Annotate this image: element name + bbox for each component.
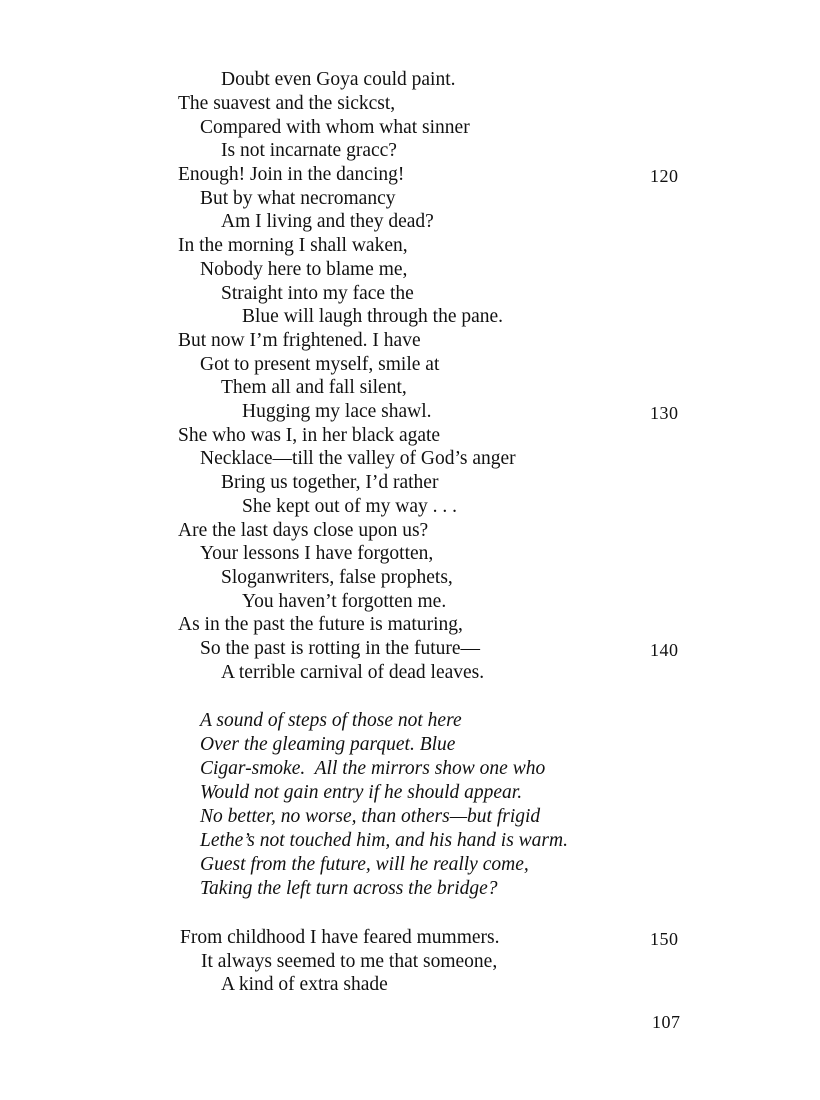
book-page: Doubt even Goya could paint. The suavest… — [0, 0, 820, 1100]
poem-line: A terrible carnival of dead leaves. — [221, 661, 484, 685]
line-number: 140 — [650, 638, 679, 662]
poem-line: Them all and fall silent, — [221, 376, 407, 400]
poem-line: Guest from the future, will he really co… — [200, 853, 529, 877]
poem-line: Got to present myself, smile at — [200, 353, 439, 377]
poem-line: Bring us together, I’d rather — [221, 471, 438, 495]
poem-line: As in the past the future is maturing, — [178, 613, 463, 637]
poem-line: But now I’m frightened. I have — [178, 329, 421, 353]
poem-line: Blue will laugh through the pane. — [242, 305, 503, 329]
poem-line: Nobody here to blame me, — [200, 258, 407, 282]
poem-line: It always seemed to me that someone, — [201, 950, 497, 974]
poem-line: Is not incarnate gracc? — [221, 139, 397, 163]
poem-line: She kept out of my way . . . — [242, 495, 457, 519]
poem-line: The suavest and the sickcst, — [178, 92, 395, 116]
line-number: 120 — [650, 164, 679, 188]
poem-line: Taking the left turn across the bridge? — [200, 877, 498, 901]
poem-line: But by what necromancy — [200, 187, 396, 211]
poem-line: No better, no worse, than others—but fri… — [200, 805, 540, 829]
page-number: 107 — [652, 1010, 681, 1034]
poem-line: Are the last days close upon us? — [178, 519, 428, 543]
poem-line: Lethe’s not touched him, and his hand is… — [200, 829, 568, 853]
poem-line: Would not gain entry if he should appear… — [200, 781, 522, 805]
poem-line: Necklace—till the valley of God’s anger — [200, 447, 516, 471]
poem-line: Your lessons I have forgotten, — [200, 542, 433, 566]
poem-line: Straight into my face the — [221, 282, 414, 306]
poem-line: Am I living and they dead? — [221, 210, 434, 234]
line-number: 150 — [650, 927, 679, 951]
poem-line: From childhood I have feared mummers. — [180, 926, 500, 950]
line-number: 130 — [650, 401, 679, 425]
poem-line: Doubt even Goya could paint. — [221, 68, 456, 92]
poem-line: She who was I, in her black agate — [178, 424, 440, 448]
poem-line: A kind of extra shade — [221, 973, 388, 997]
poem-line: Over the gleaming parquet. Blue — [200, 733, 455, 757]
poem-line: Sloganwriters, false prophets, — [221, 566, 453, 590]
poem-line: A sound of steps of those not here — [200, 709, 462, 733]
poem-line: In the morning I shall waken, — [178, 234, 408, 258]
poem-line: Hugging my lace shawl. — [242, 400, 432, 424]
poem-line: Enough! Join in the dancing! — [178, 163, 404, 187]
poem-line: You haven’t forgotten me. — [242, 590, 446, 614]
poem-line: Cigar-smoke. All the mirrors show one wh… — [200, 757, 545, 781]
poem-line: Compared with whom what sinner — [200, 116, 470, 140]
poem-line: So the past is rotting in the future— — [200, 637, 480, 661]
